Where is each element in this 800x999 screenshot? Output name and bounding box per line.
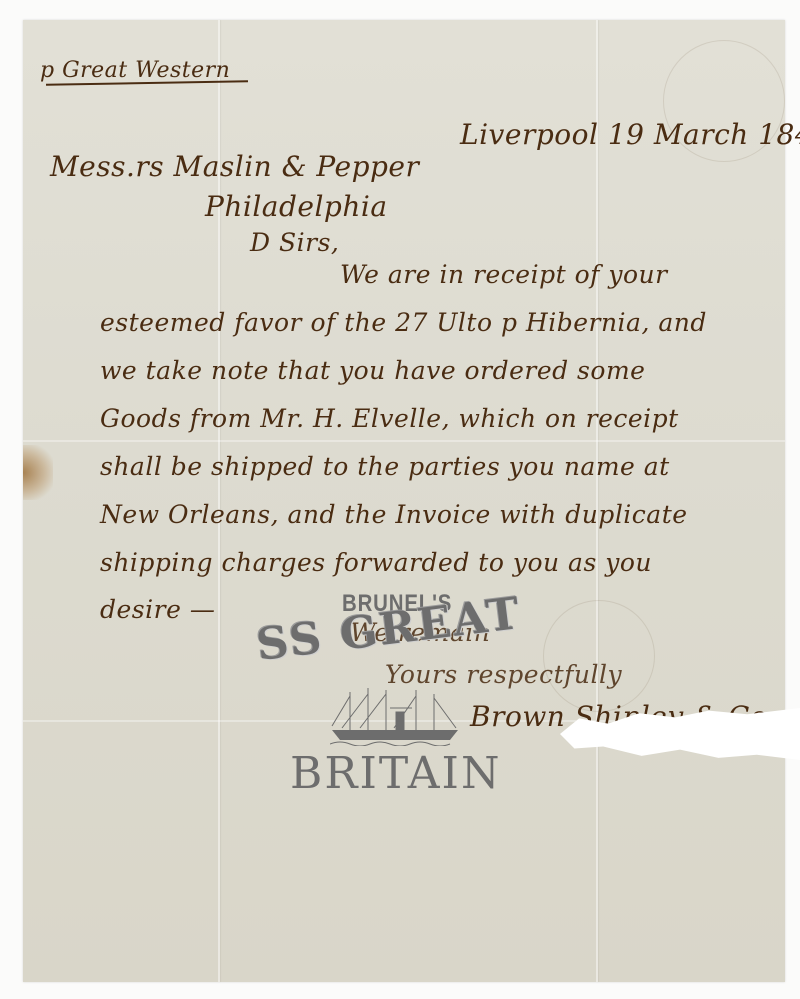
addressee-name: Mess.rs Maslin & Pepper — [50, 150, 419, 183]
body-line: shall be shipped to the parties you name… — [100, 452, 670, 481]
watermark-logo: BRUNEL'S SS GREAT BRITAIN — [250, 590, 530, 810]
fold-line — [23, 440, 785, 442]
place-date: Liverpool 19 March 1845. — [460, 118, 800, 151]
body-line: esteemed favor of the 27 Ulto p Hibernia… — [100, 308, 707, 337]
ink-stain — [23, 445, 53, 500]
body-line: We are in receipt of your — [340, 260, 668, 289]
faded-postmark — [543, 600, 655, 712]
body-line: we take note that you have ordered some — [100, 356, 645, 385]
body-line: New Orleans, and the Invoice with duplic… — [100, 500, 688, 529]
body-line: desire — — [100, 595, 215, 624]
logo-britain: BRITAIN — [290, 748, 501, 799]
addressee-city: Philadelphia — [205, 190, 388, 223]
body-line: Goods from Mr. H. Elvelle, which on rece… — [100, 404, 679, 433]
header-note: p Great Western — [40, 58, 230, 83]
salutation: D Sirs, — [250, 228, 339, 257]
body-line: shipping charges forwarded to you as you — [100, 548, 652, 577]
steamship-icon — [330, 686, 460, 746]
